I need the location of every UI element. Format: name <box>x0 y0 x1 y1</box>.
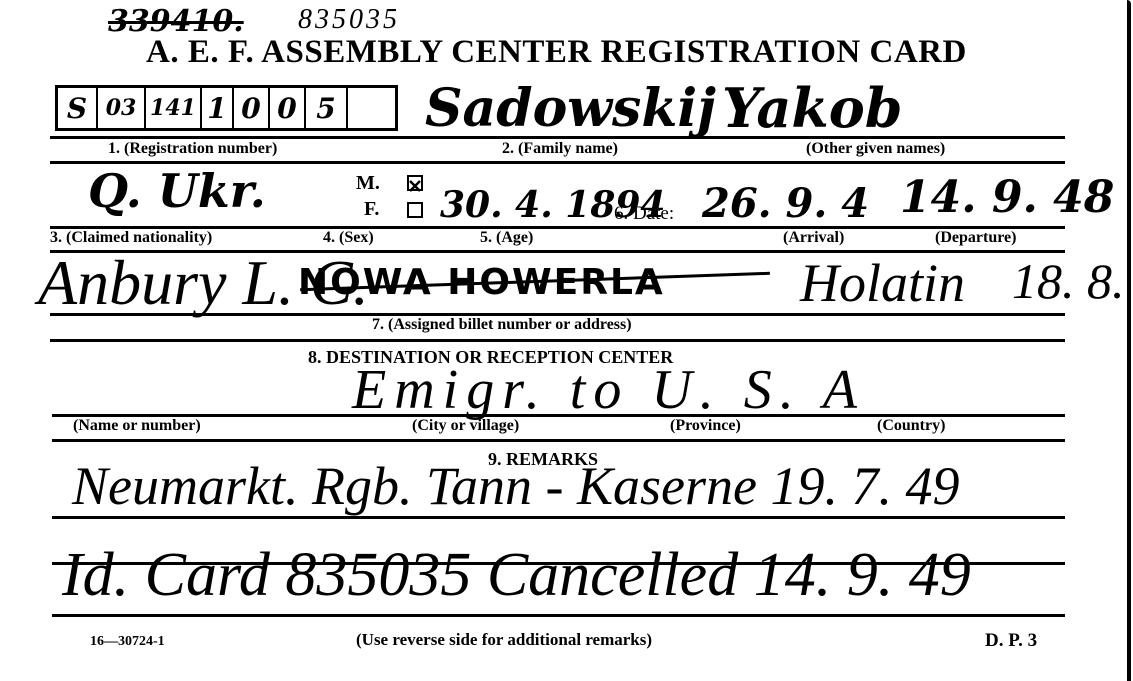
given-names-value: Yakob <box>722 76 903 140</box>
check-mark-icon <box>409 180 421 192</box>
sex-m-checkbox[interactable] <box>407 175 423 191</box>
remarks-line2: Id. Card 835035 Cancelled 14. 9. 49 <box>62 540 971 611</box>
reg-cell: 0 <box>270 88 306 128</box>
family-name-label: 2. (Family name) <box>502 140 618 158</box>
destination-province-label: (Province) <box>670 417 741 435</box>
rule-row3-bottom <box>50 339 1065 342</box>
reg-cell: 5 <box>306 88 348 128</box>
reg-cell: S <box>58 88 98 128</box>
departure-label: (Departure) <box>935 229 1016 247</box>
billet-handwritten-date: 18. 8. 49 <box>1012 252 1133 310</box>
date-prefix-label: 6. Date: <box>614 203 674 225</box>
family-name-value: Sadowskij <box>425 78 716 139</box>
departure-date-value: 14. 9. 48 <box>900 172 1114 223</box>
arrival-label: (Arrival) <box>783 229 844 247</box>
rule-row1 <box>50 136 1065 139</box>
reg-cell <box>348 88 395 128</box>
nationality-label: 3. (Claimed nationality) <box>50 229 212 247</box>
rule-row4-bottom <box>52 439 1065 442</box>
reg-cell: 141 <box>146 88 202 128</box>
rule-row5 <box>52 516 1065 519</box>
rule-row6 <box>52 562 1065 565</box>
arrival-date-value: 26. 9. 4 <box>702 180 869 227</box>
form-code: D. P. 3 <box>985 630 1037 652</box>
reg-cell: 0 <box>234 88 270 128</box>
sex-option-f-label: F. <box>364 198 379 221</box>
destination-country-label: (Country) <box>877 417 945 435</box>
destination-city-label: (City or village) <box>412 417 519 435</box>
nationality-value: Q. Ukr. <box>88 164 266 218</box>
sex-option-m-label: M. <box>356 172 380 195</box>
remarks-line1: Neumarkt. Rgb. Tann - Kaserne 19. 7. 49 <box>72 455 960 517</box>
registration-number-box: S 03 141 1 0 0 5 <box>55 85 398 131</box>
new-card-number: 835035 <box>298 4 400 36</box>
card-edge <box>1127 0 1131 681</box>
billet-label: 7. (Assigned billet number or address) <box>372 316 632 334</box>
billet-handwritten-right: Holatin <box>800 252 965 314</box>
card-title: A. E. F. ASSEMBLY CENTER REGISTRATION CA… <box>146 34 967 71</box>
destination-name-label: (Name or number) <box>73 417 201 435</box>
age-label: 5. (Age) <box>480 229 533 247</box>
rule-row7 <box>52 614 1065 617</box>
reg-cell: 1 <box>202 88 234 128</box>
registration-number-label: 1. (Registration number) <box>108 140 277 158</box>
form-number: 16—30724-1 <box>90 634 165 650</box>
footer-note: (Use reverse side for additional remarks… <box>356 630 652 650</box>
reg-cell: 03 <box>98 88 146 128</box>
destination-value: Emigr. to U. S. A <box>352 358 865 422</box>
sex-label: 4. (Sex) <box>323 229 374 247</box>
sex-f-checkbox[interactable] <box>407 202 423 218</box>
given-names-label: (Other given names) <box>806 140 945 158</box>
